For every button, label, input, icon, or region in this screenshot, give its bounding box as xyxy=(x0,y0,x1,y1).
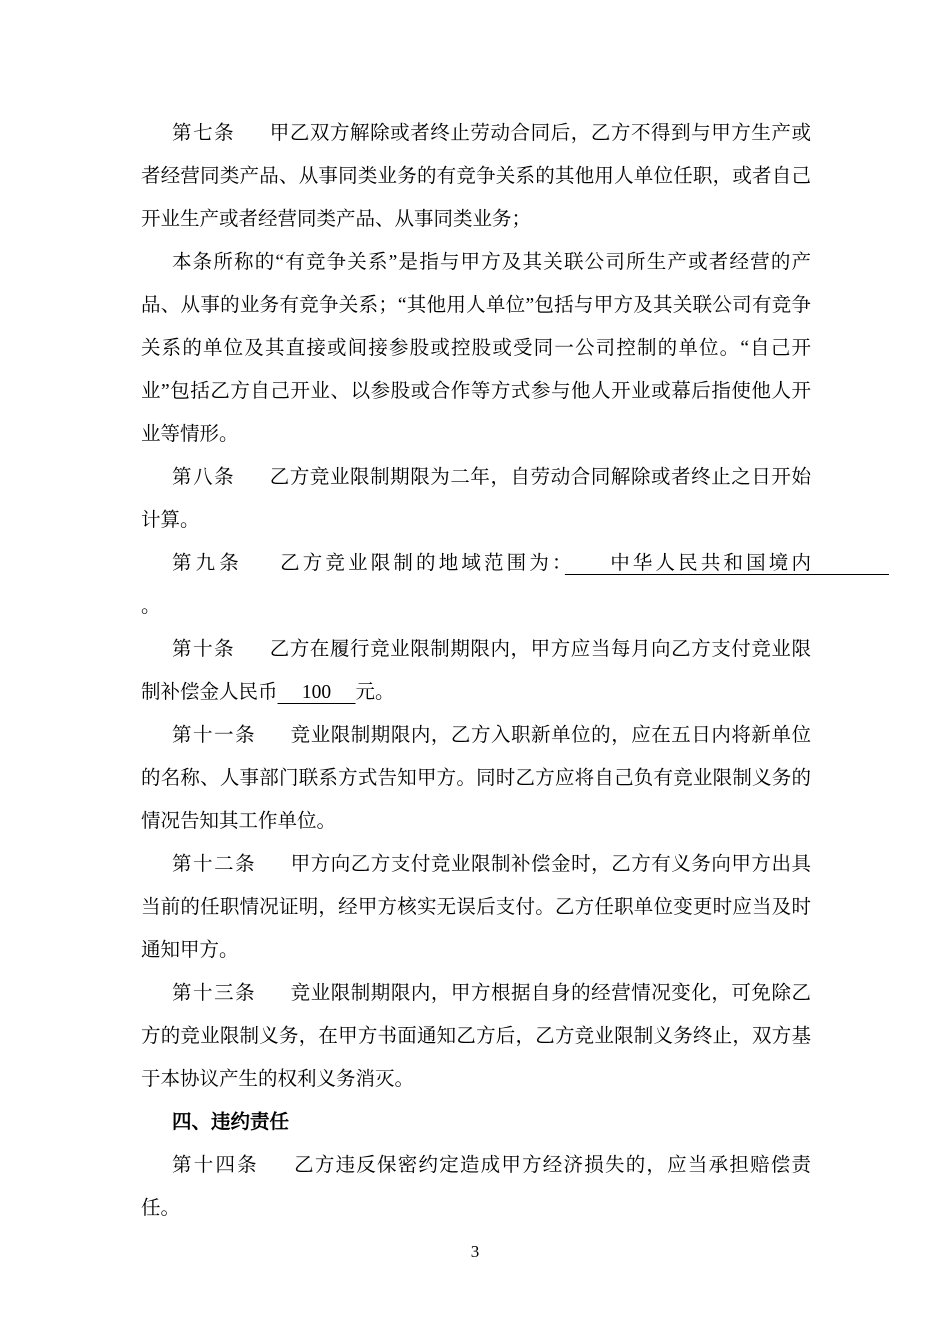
paragraph-text: 乙方竞业限制的地域范围为： xyxy=(277,553,565,574)
tab-space xyxy=(259,1170,293,1171)
paragraph-text: 。 xyxy=(141,596,161,617)
document-body: 第七条甲乙双方解除或者终止劳动合同后，乙方不得到与甲方生产或者经营同类产品、从事… xyxy=(141,112,811,1230)
paragraph-text: 元。 xyxy=(356,682,395,703)
clause-number: 第十一条 xyxy=(172,725,256,746)
document-page: 第七条甲乙双方解除或者终止劳动合同后，乙方不得到与甲方生产或者经营同类产品、从事… xyxy=(0,0,950,1344)
page-number: 3 xyxy=(471,1242,480,1261)
paragraph-text: 乙方竞业限制期限为二年，自劳动合同解除或者终止之日开始计算。 xyxy=(141,467,811,531)
page-footer: 3 xyxy=(0,1240,950,1264)
tab-space xyxy=(235,482,269,483)
tab-space xyxy=(256,740,290,741)
tab-space xyxy=(256,998,290,999)
clause-number: 第十四条 xyxy=(172,1155,259,1176)
tab-space xyxy=(235,654,269,655)
clause-7-definitions: 本条所称的“有竞争关系”是指与甲方及其关联公司所生产或者经营的产品、从事的业务有… xyxy=(141,241,811,456)
clause-number: 第七条 xyxy=(172,123,235,144)
clause-7: 第七条甲乙双方解除或者终止劳动合同后，乙方不得到与甲方生产或者经营同类产品、从事… xyxy=(141,112,811,241)
clause-11: 第十一条竞业限制期限内，乙方入职新单位的，应在五日内将新单位的名称、人事部门联系… xyxy=(141,714,811,843)
clause-8: 第八条乙方竞业限制期限为二年，自劳动合同解除或者终止之日开始计算。 xyxy=(141,456,811,542)
underlined-fill-in: 中华人民共和国境内 xyxy=(565,553,889,574)
paragraph-text: 本条所称的“有竞争关系”是指与甲方及其关联公司所生产或者经营的产品、从事的业务有… xyxy=(141,252,811,445)
tab-space xyxy=(243,568,277,569)
clause-13: 第十三条竞业限制期限内，甲方根据自身的经营情况变化，可免除乙方的竞业限制义务，在… xyxy=(141,972,811,1101)
clause-number: 第十条 xyxy=(172,639,235,660)
clause-9: 第九条乙方竞业限制的地域范围为： 中华人民共和国境内 。 xyxy=(141,542,811,628)
paragraph-text: 甲乙双方解除或者终止劳动合同后，乙方不得到与甲方生产或者经营同类产品、从事同类业… xyxy=(141,123,811,230)
clause-number: 第十三条 xyxy=(172,983,256,1004)
clause-number: 第十二条 xyxy=(172,854,256,875)
underlined-fill-in: 100 xyxy=(278,682,356,703)
paragraph-text: 乙方在履行竞业限制期限内，甲方应当每月向乙方支付竞业限制补偿金人民币 xyxy=(141,639,811,703)
clause-number: 第九条 xyxy=(172,553,243,574)
clause-number: 第八条 xyxy=(172,467,235,488)
paragraph-text: 四、违约责任 xyxy=(172,1111,289,1133)
section-heading-breach-liability: 四、违约责任 xyxy=(141,1101,811,1144)
tab-space xyxy=(235,138,269,139)
clause-10: 第十条乙方在履行竞业限制期限内，甲方应当每月向乙方支付竞业限制补偿金人民币 10… xyxy=(141,628,811,714)
clause-14: 第十四条乙方违反保密约定造成甲方经济损失的，应当承担赔偿责任。 xyxy=(141,1144,811,1230)
tab-space xyxy=(256,869,290,870)
clause-12: 第十二条甲方向乙方支付竞业限制补偿金时，乙方有义务向甲方出具当前的任职情况证明，… xyxy=(141,843,811,972)
